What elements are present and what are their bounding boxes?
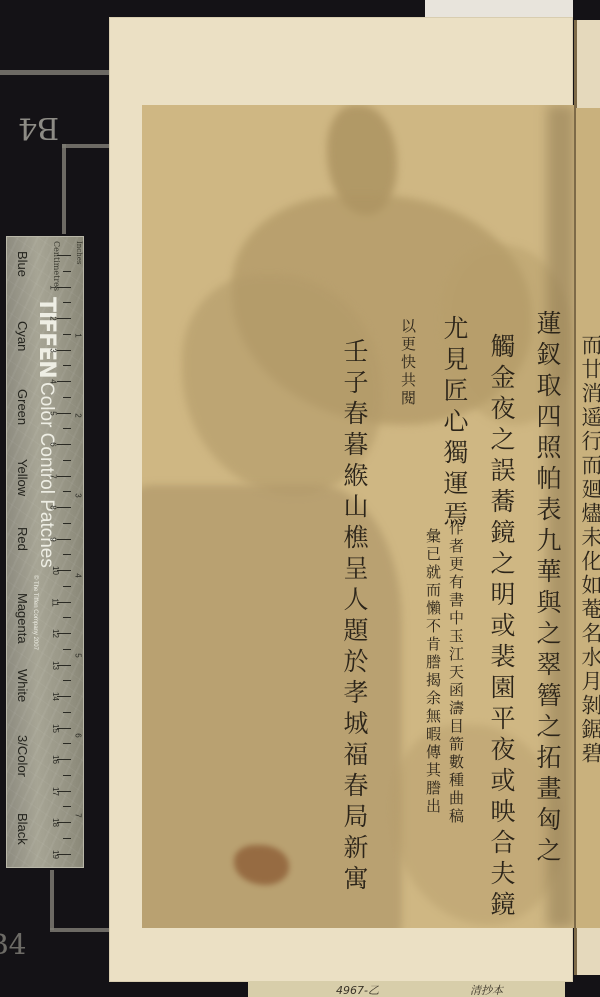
calligraphy-column-6: 以更快共閱 (400, 318, 415, 408)
ruler-tick (63, 743, 71, 744)
ruler-inch-number: 1 (73, 333, 82, 337)
ruler-tick (63, 586, 71, 587)
ruler-tick (63, 523, 71, 524)
color-control-ruler: Inches Centimetres TIFFEN Color Control … (6, 236, 84, 868)
ruler-cm-number: 3 (49, 348, 58, 352)
ruler-cm-number: 8 (49, 505, 58, 509)
ruler-cm-number: 16 (51, 755, 60, 764)
patch-label-cyan: Cyan (15, 321, 30, 351)
ruler-cm-number: 13 (51, 661, 60, 670)
manuscript-page: 蓮釵取四照帕表九華與之翠簪之拓畫匈之 觸金夜之誤蕎鏡之明或裴園平夜或映合夫鏡 尤… (142, 105, 574, 928)
ruler-tick (57, 476, 71, 477)
patch-label-white: White (15, 669, 30, 702)
ruler-inch-number: 5 (73, 653, 82, 657)
patch-label-blue: Blue (15, 251, 30, 277)
ruler-inch-number: 3 (73, 493, 82, 497)
ruler-cm-number: 18 (51, 818, 60, 827)
board-grid-label-bottom: B4 (0, 928, 26, 961)
ruler-tick (63, 617, 71, 618)
ruler-tick (63, 712, 71, 713)
patch-label-green: Green (15, 389, 30, 425)
ruler-cm-number: 1 (49, 285, 58, 289)
ruler-tick (63, 428, 71, 429)
ruler-tick (57, 539, 71, 540)
board-grid-label-top: B4 (18, 110, 59, 145)
catalog-number: 4967-乙 (336, 982, 379, 997)
background-paper-tab (425, 0, 573, 18)
ruler-inch-number: 2 (73, 413, 82, 417)
ruler-tick (63, 334, 71, 335)
ruler-tick (57, 507, 71, 508)
ruler-inch-number: 4 (73, 573, 82, 577)
ruler-tick (63, 397, 71, 398)
adjacent-page-column: 而廿消遥行而廻燼未化如菴名水月剝鋸碧 (580, 334, 600, 766)
calligraphy-column-5: 彙已就而懶不肯謄揭余無暇傳其謄出 (425, 528, 440, 816)
board-line-vertical (62, 144, 66, 234)
patch-label-yellow: Yellow (15, 459, 30, 496)
calligraphy-column-3: 尤見匠心獨運焉 (442, 315, 467, 532)
ruler-tick (63, 775, 71, 776)
ruler-cm-number: 7 (49, 474, 58, 478)
ruler-tick (63, 302, 71, 303)
ruler-tick (57, 287, 71, 288)
ruler-cm-number: 11 (51, 598, 60, 606)
patch-label-3color: 3/Color (15, 735, 30, 777)
patch-label-black: Black (15, 813, 30, 845)
ruler-cm-number: 14 (51, 692, 60, 701)
catalog-note: 清抄本 (470, 982, 503, 997)
ruler-tick (57, 318, 71, 319)
ruler-cm-number: 19 (51, 850, 60, 859)
calligraphy-column-1: 蓮釵取四照帕表九華與之翠簪之拓畫匈之 (535, 310, 560, 868)
calligraphy-column-4: 作者更有書中玉江天函濤目箭數種曲稿 (448, 520, 463, 826)
calligraphy-column-7: 壬子春暮緱山樵呈人題於孝城福春局新寓 (342, 338, 367, 896)
ruler-tick (63, 680, 71, 681)
ruler-cm-number: 2 (49, 316, 58, 320)
ruler-inch-number: 7 (73, 813, 82, 817)
ruler-tick (63, 491, 71, 492)
board-line-horizontal-mid (62, 144, 110, 148)
ruler-tick (57, 255, 71, 256)
ruler-cm-number: 5 (49, 411, 58, 415)
ruler-copyright: © The Tiffen Company 2007 (32, 575, 38, 650)
ruler-inch-number: 6 (73, 733, 82, 737)
ruler-cm-number: 12 (51, 629, 60, 638)
ruler-tick (63, 649, 71, 650)
ruler-cm-number: 9 (49, 537, 58, 541)
ruler-tick (57, 444, 71, 445)
catalog-label: 4967-乙 清抄本 (248, 981, 565, 997)
ruler-cm-number: 6 (49, 442, 58, 446)
ruler-tick-scale: 123456789101112131415161718191234567 (55, 237, 81, 867)
ruler-cm-number: 17 (51, 787, 60, 796)
ruler-tick (63, 838, 71, 839)
ruler-cm-number: 15 (51, 724, 60, 733)
board-line-horizontal-bottom (50, 928, 110, 932)
board-line-vertical-lower (50, 870, 54, 930)
board-line-horizontal-top (0, 70, 110, 75)
ruler-tick (63, 365, 71, 366)
ruler-cm-number: 4 (49, 379, 58, 383)
ruler-tick (63, 806, 71, 807)
patch-label-red: Red (15, 527, 30, 551)
ruler-tick (57, 381, 71, 382)
ruler-cm-number: 10 (51, 566, 60, 575)
ruler-tick (63, 460, 71, 461)
ruler-tick (63, 554, 71, 555)
patch-label-magenta: Magenta (15, 593, 30, 644)
ruler-tick (63, 271, 71, 272)
ruler-tick (57, 413, 71, 414)
adjacent-page: 而廿消遥行而廻燼未化如菴名水月剝鋸碧 (576, 108, 600, 928)
ruler-tick (57, 350, 71, 351)
calligraphy-column-2: 觸金夜之誤蕎鏡之明或裴園平夜或映合夫鏡 (489, 333, 514, 922)
